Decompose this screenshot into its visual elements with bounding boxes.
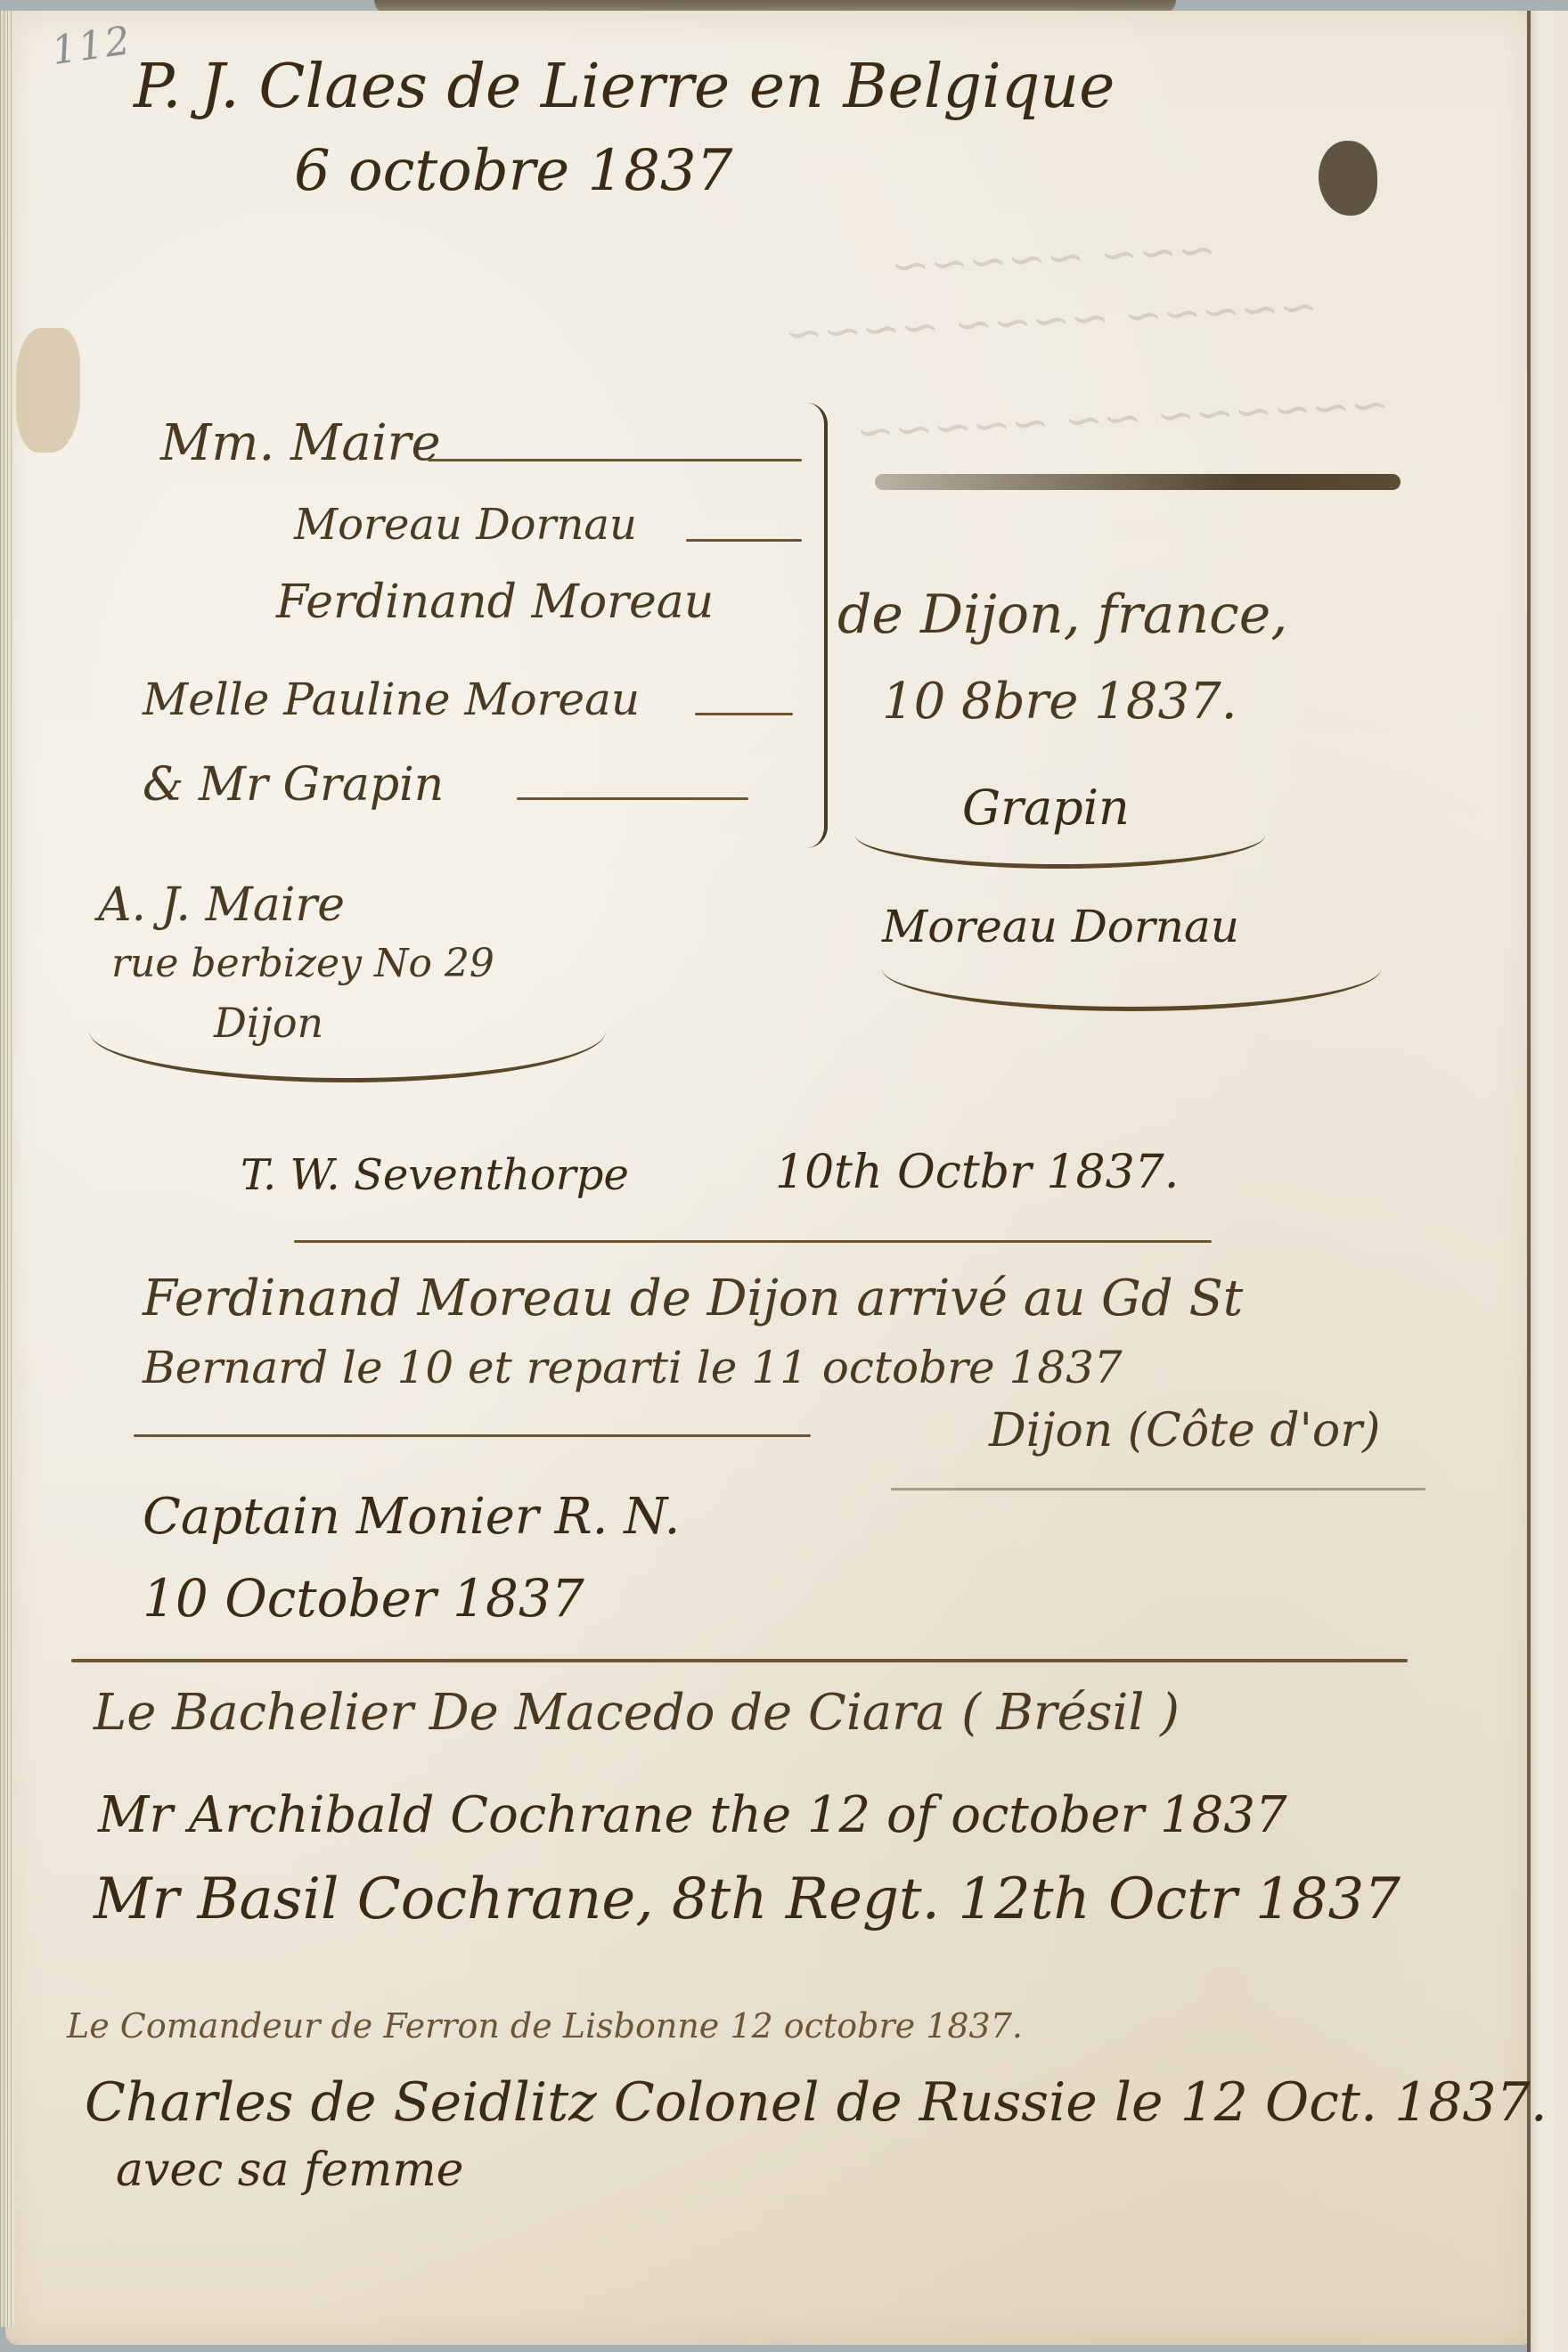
entry-macedo: Le Bachelier De Macedo de Ciara ( Brésil… bbox=[94, 1688, 1180, 1738]
entry-basil-cochrane: Mr Basil Cochrane, 8th Regt. 12th Octr 1… bbox=[94, 1871, 1401, 1928]
entry-rule bbox=[134, 1434, 811, 1437]
entry-moreau-line-1: Ferdinand Moreau de Dijon arrivé au Gd S… bbox=[143, 1274, 1243, 1324]
entry-party-name-4: Melle Pauline Moreau bbox=[143, 677, 640, 722]
entry-party-name-1: Mm. Maire bbox=[160, 419, 441, 469]
entry-rule bbox=[891, 1488, 1425, 1490]
entry-address-line-1: A. J. Maire bbox=[98, 882, 345, 928]
section-divider bbox=[71, 1659, 1408, 1662]
binding-gutter bbox=[1527, 11, 1568, 2352]
entry-rule bbox=[517, 797, 748, 800]
entry-moreau-place: Dijon (Côte d'or) bbox=[989, 1408, 1380, 1454]
entry-seidlitz-line-1: Charles de Seidlitz Colonel de Russie le… bbox=[85, 2076, 1548, 2129]
entry-address-line-2: rue berbizey No 29 bbox=[111, 944, 494, 984]
register-page bbox=[5, 11, 1531, 2345]
entry-seventhorpe-date: 10th Octbr 1837. bbox=[775, 1149, 1179, 1196]
entry-ferron: Le Comandeur de Ferron de Lisbonne 12 oc… bbox=[67, 2009, 1023, 2043]
ink-blot bbox=[1319, 141, 1377, 216]
page-stack-edge bbox=[0, 11, 14, 2327]
address-flourish bbox=[89, 980, 606, 1082]
entry-captain-line-1: Captain Monier R. N. bbox=[143, 1492, 680, 1542]
entry-rule bbox=[695, 713, 793, 715]
entry-captain-line-2: 10 October 1837 bbox=[143, 1572, 584, 1624]
entry-claes-line-2: 6 octobre 1837 bbox=[294, 143, 732, 200]
entry-party-date: 10 8bre 1837. bbox=[882, 677, 1237, 727]
water-stain bbox=[16, 328, 80, 453]
entry-seventhorpe-name: T. W. Seventhorpe bbox=[241, 1154, 629, 1196]
entry-party-name-5: & Mr Grapin bbox=[143, 762, 444, 808]
signature-flourish bbox=[855, 802, 1265, 869]
entry-seidlitz-line-2: avec sa femme bbox=[116, 2147, 463, 2193]
entry-archibald-cochrane: Mr Archibald Cochrane the 12 of october … bbox=[98, 1791, 1287, 1841]
entry-rule bbox=[294, 1240, 1212, 1243]
heavy-ink-rule bbox=[875, 474, 1401, 490]
grouping-brace bbox=[806, 403, 828, 848]
manuscript-scan: ~~~ ~~~~~ ~~~~~ ~~~~ ~~~~ ~~~~~~ ~~ ~~~~… bbox=[0, 0, 1568, 2352]
entry-party-name-3: Ferdinand Moreau bbox=[276, 579, 714, 625]
entry-claes-line-1: P. J. Claes de Lierre en Belgique bbox=[134, 57, 1115, 118]
entry-party-name-2: Moreau Dornau bbox=[294, 503, 637, 546]
signature-flourish bbox=[882, 927, 1381, 1011]
entry-party-origin: de Dijon, france, bbox=[837, 588, 1287, 641]
entry-rule bbox=[428, 459, 802, 461]
entry-moreau-line-2: Bernard le 10 et reparti le 11 octobre 1… bbox=[143, 1345, 1123, 1390]
entry-rule bbox=[686, 539, 802, 542]
